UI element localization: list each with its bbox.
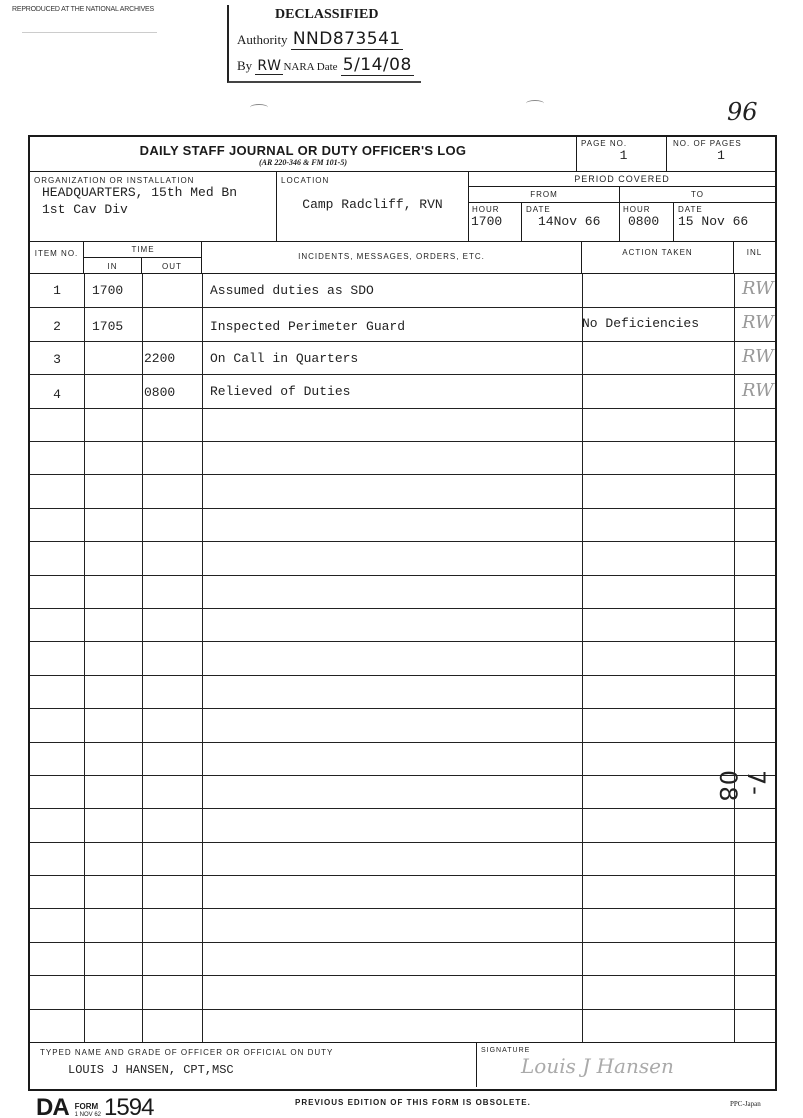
location-value: Camp Radcliff, RVN	[277, 197, 468, 212]
form-title-box: DAILY STAFF JOURNAL OR DUTY OFFICER'S LO…	[30, 137, 577, 172]
from-date-label: DATE	[522, 203, 619, 214]
row-divider	[30, 541, 775, 542]
row-time-out: 0800	[144, 385, 175, 400]
typed-name-label: TYPED NAME AND GRADE OF OFFICER OR OFFIC…	[30, 1043, 476, 1057]
period-covered-label: PERIOD COVERED	[469, 172, 775, 187]
from-hour-label: HOUR	[469, 203, 521, 214]
header-time-label: TIME	[84, 242, 202, 258]
table-row[interactable]: 4 0800 Relieved of Duties RW	[30, 376, 775, 410]
from-label: FROM	[469, 187, 620, 203]
row-divider	[30, 441, 775, 442]
header-incidents: INCIDENTS, MESSAGES, ORDERS, ETC.	[202, 242, 582, 274]
signature-value: Louis J Hansen	[477, 1054, 775, 1078]
row-divider	[30, 975, 775, 976]
row-item-no: 4	[30, 387, 84, 402]
location-field[interactable]: LOCATION Camp Radcliff, RVN	[277, 172, 469, 242]
printer-mark: PPC-Japan	[730, 1100, 761, 1108]
row-divider	[30, 608, 775, 609]
to-label: TO	[620, 187, 775, 203]
from-hour-field[interactable]: HOUR 1700	[469, 203, 522, 242]
form-number-block: DA FORM 1 NOV 62 1594	[36, 1094, 153, 1118]
row-divider	[30, 575, 775, 576]
handwritten-page-mark: 96	[727, 98, 758, 126]
row-item-no: 3	[30, 352, 84, 367]
row-time-in: 1705	[92, 319, 123, 334]
stamp-date-value: 5/14/08	[341, 55, 414, 76]
row-divider	[30, 474, 775, 475]
typed-name-field[interactable]: TYPED NAME AND GRADE OF OFFICER OR OFFIC…	[30, 1042, 477, 1087]
stamp-by-label: By	[237, 58, 252, 73]
to-hour-field[interactable]: HOUR 0800	[620, 203, 674, 242]
row-divider	[30, 942, 775, 943]
obsolete-note: PREVIOUS EDITION OF THIS FORM IS OBSOLET…	[295, 1098, 531, 1107]
stamp-title: DECLASSIFIED	[275, 7, 378, 23]
scan-smudge	[22, 32, 157, 33]
form-da: DA	[36, 1094, 69, 1118]
row-initials: RW	[742, 380, 774, 401]
to-date-label: DATE	[674, 203, 775, 214]
from-date-value: 14Nov 66	[522, 214, 619, 229]
table-row[interactable]: 2 1705 Inspected Perimeter Guard No Defi…	[30, 308, 775, 342]
scan-mark	[526, 100, 544, 107]
row-incident: Inspected Perimeter Guard	[210, 319, 405, 334]
row-divider	[30, 875, 775, 876]
from-date-field[interactable]: DATE 14Nov 66	[522, 203, 620, 242]
period-covered-box: PERIOD COVERED FROM TO HOUR 1700 DATE 14…	[469, 172, 775, 242]
row-time-out: 2200	[144, 351, 175, 366]
row-divider	[30, 1009, 775, 1010]
margin-note: 7-08	[714, 770, 770, 803]
from-hour-value: 1700	[469, 214, 521, 229]
page-no-value: 1	[577, 148, 666, 163]
stamp-nara-date-label: NARA Date	[283, 61, 337, 73]
row-divider	[30, 808, 775, 809]
location-label: LOCATION	[277, 172, 468, 185]
to-date-field[interactable]: DATE 15 Nov 66	[674, 203, 775, 242]
duty-officer-log-form: DAILY STAFF JOURNAL OR DUTY OFFICER'S LO…	[28, 135, 777, 1091]
form-subtitle: (AR 220-346 & FM 101-5)	[30, 158, 576, 167]
header-in: IN	[84, 258, 142, 274]
organization-field[interactable]: ORGANIZATION OR INSTALLATION HEADQUARTER…	[30, 172, 277, 242]
header-out: OUT	[142, 258, 202, 274]
form-number: 1594	[104, 1094, 153, 1118]
header-item-no: ITEM NO.	[30, 242, 84, 274]
row-initials: RW	[742, 278, 774, 299]
stamp-authority-value: NND873541	[291, 29, 403, 50]
row-divider	[30, 641, 775, 642]
table-row[interactable]: 3 2200 On Call in Quarters RW	[30, 342, 775, 376]
row-divider	[30, 908, 775, 909]
header-time: TIME IN OUT	[84, 242, 202, 274]
stamp-authority-line: Authority NND873541	[237, 29, 403, 49]
no-of-pages-value: 1	[667, 148, 775, 163]
stamp-by-line: By RWNARA Date 5/14/08	[237, 55, 414, 75]
row-initials: RW	[742, 312, 774, 333]
no-of-pages-field[interactable]: NO. OF PAGES 1	[667, 137, 775, 172]
row-divider	[30, 708, 775, 709]
row-divider	[30, 675, 775, 676]
row-time-in: 1700	[92, 283, 123, 298]
organization-label: ORGANIZATION OR INSTALLATION	[30, 172, 276, 185]
form-date: 1 NOV 62	[75, 1111, 101, 1118]
declassified-stamp: DECLASSIFIED Authority NND873541 By RWNA…	[227, 5, 421, 83]
row-incident: Relieved of Duties	[210, 384, 350, 399]
form-word: FORM	[75, 1103, 101, 1111]
row-divider	[30, 508, 775, 509]
scan-mark	[250, 104, 268, 111]
archive-note: REPRODUCED AT THE NATIONAL ARCHIVES	[12, 6, 154, 13]
row-incident: Assumed duties as SDO	[210, 283, 374, 298]
stamp-authority-label: Authority	[237, 32, 288, 47]
table-row[interactable]: 1 1700 Assumed duties as SDO RW	[30, 274, 775, 308]
row-action: No Deficiencies	[582, 316, 699, 331]
organization-line-2: 1st Cav Div	[30, 202, 276, 217]
no-of-pages-label: NO. OF PAGES	[667, 137, 775, 148]
row-divider	[30, 842, 775, 843]
page-no-label: PAGE NO.	[577, 137, 666, 148]
stamp-by-initials: RW	[255, 58, 283, 75]
signature-label: SIGNATURE	[477, 1043, 775, 1054]
to-date-value: 15 Nov 66	[674, 214, 775, 229]
row-item-no: 1	[30, 283, 84, 298]
row-initials: RW	[742, 346, 774, 367]
form-title: DAILY STAFF JOURNAL OR DUTY OFFICER'S LO…	[30, 143, 576, 158]
form-edition: FORM 1 NOV 62	[75, 1103, 101, 1118]
to-hour-label: HOUR	[620, 203, 673, 214]
page-no-field[interactable]: PAGE NO. 1	[577, 137, 667, 172]
row-item-no: 2	[30, 319, 84, 334]
row-divider	[30, 775, 775, 776]
typed-name-value: LOUIS J HANSEN, CPT,MSC	[30, 1057, 476, 1077]
row-incident: On Call in Quarters	[210, 351, 358, 366]
signature-field[interactable]: SIGNATURE Louis J Hansen	[477, 1042, 775, 1087]
log-table-body: 1 1700 Assumed duties as SDO RW 2 1705 I…	[30, 274, 775, 1042]
row-divider	[30, 742, 775, 743]
to-hour-value: 0800	[620, 214, 673, 229]
header-action-taken: ACTION TAKEN	[582, 242, 734, 274]
organization-line-1: HEADQUARTERS, 15th Med Bn	[30, 185, 276, 200]
header-inl: INL	[734, 242, 775, 274]
